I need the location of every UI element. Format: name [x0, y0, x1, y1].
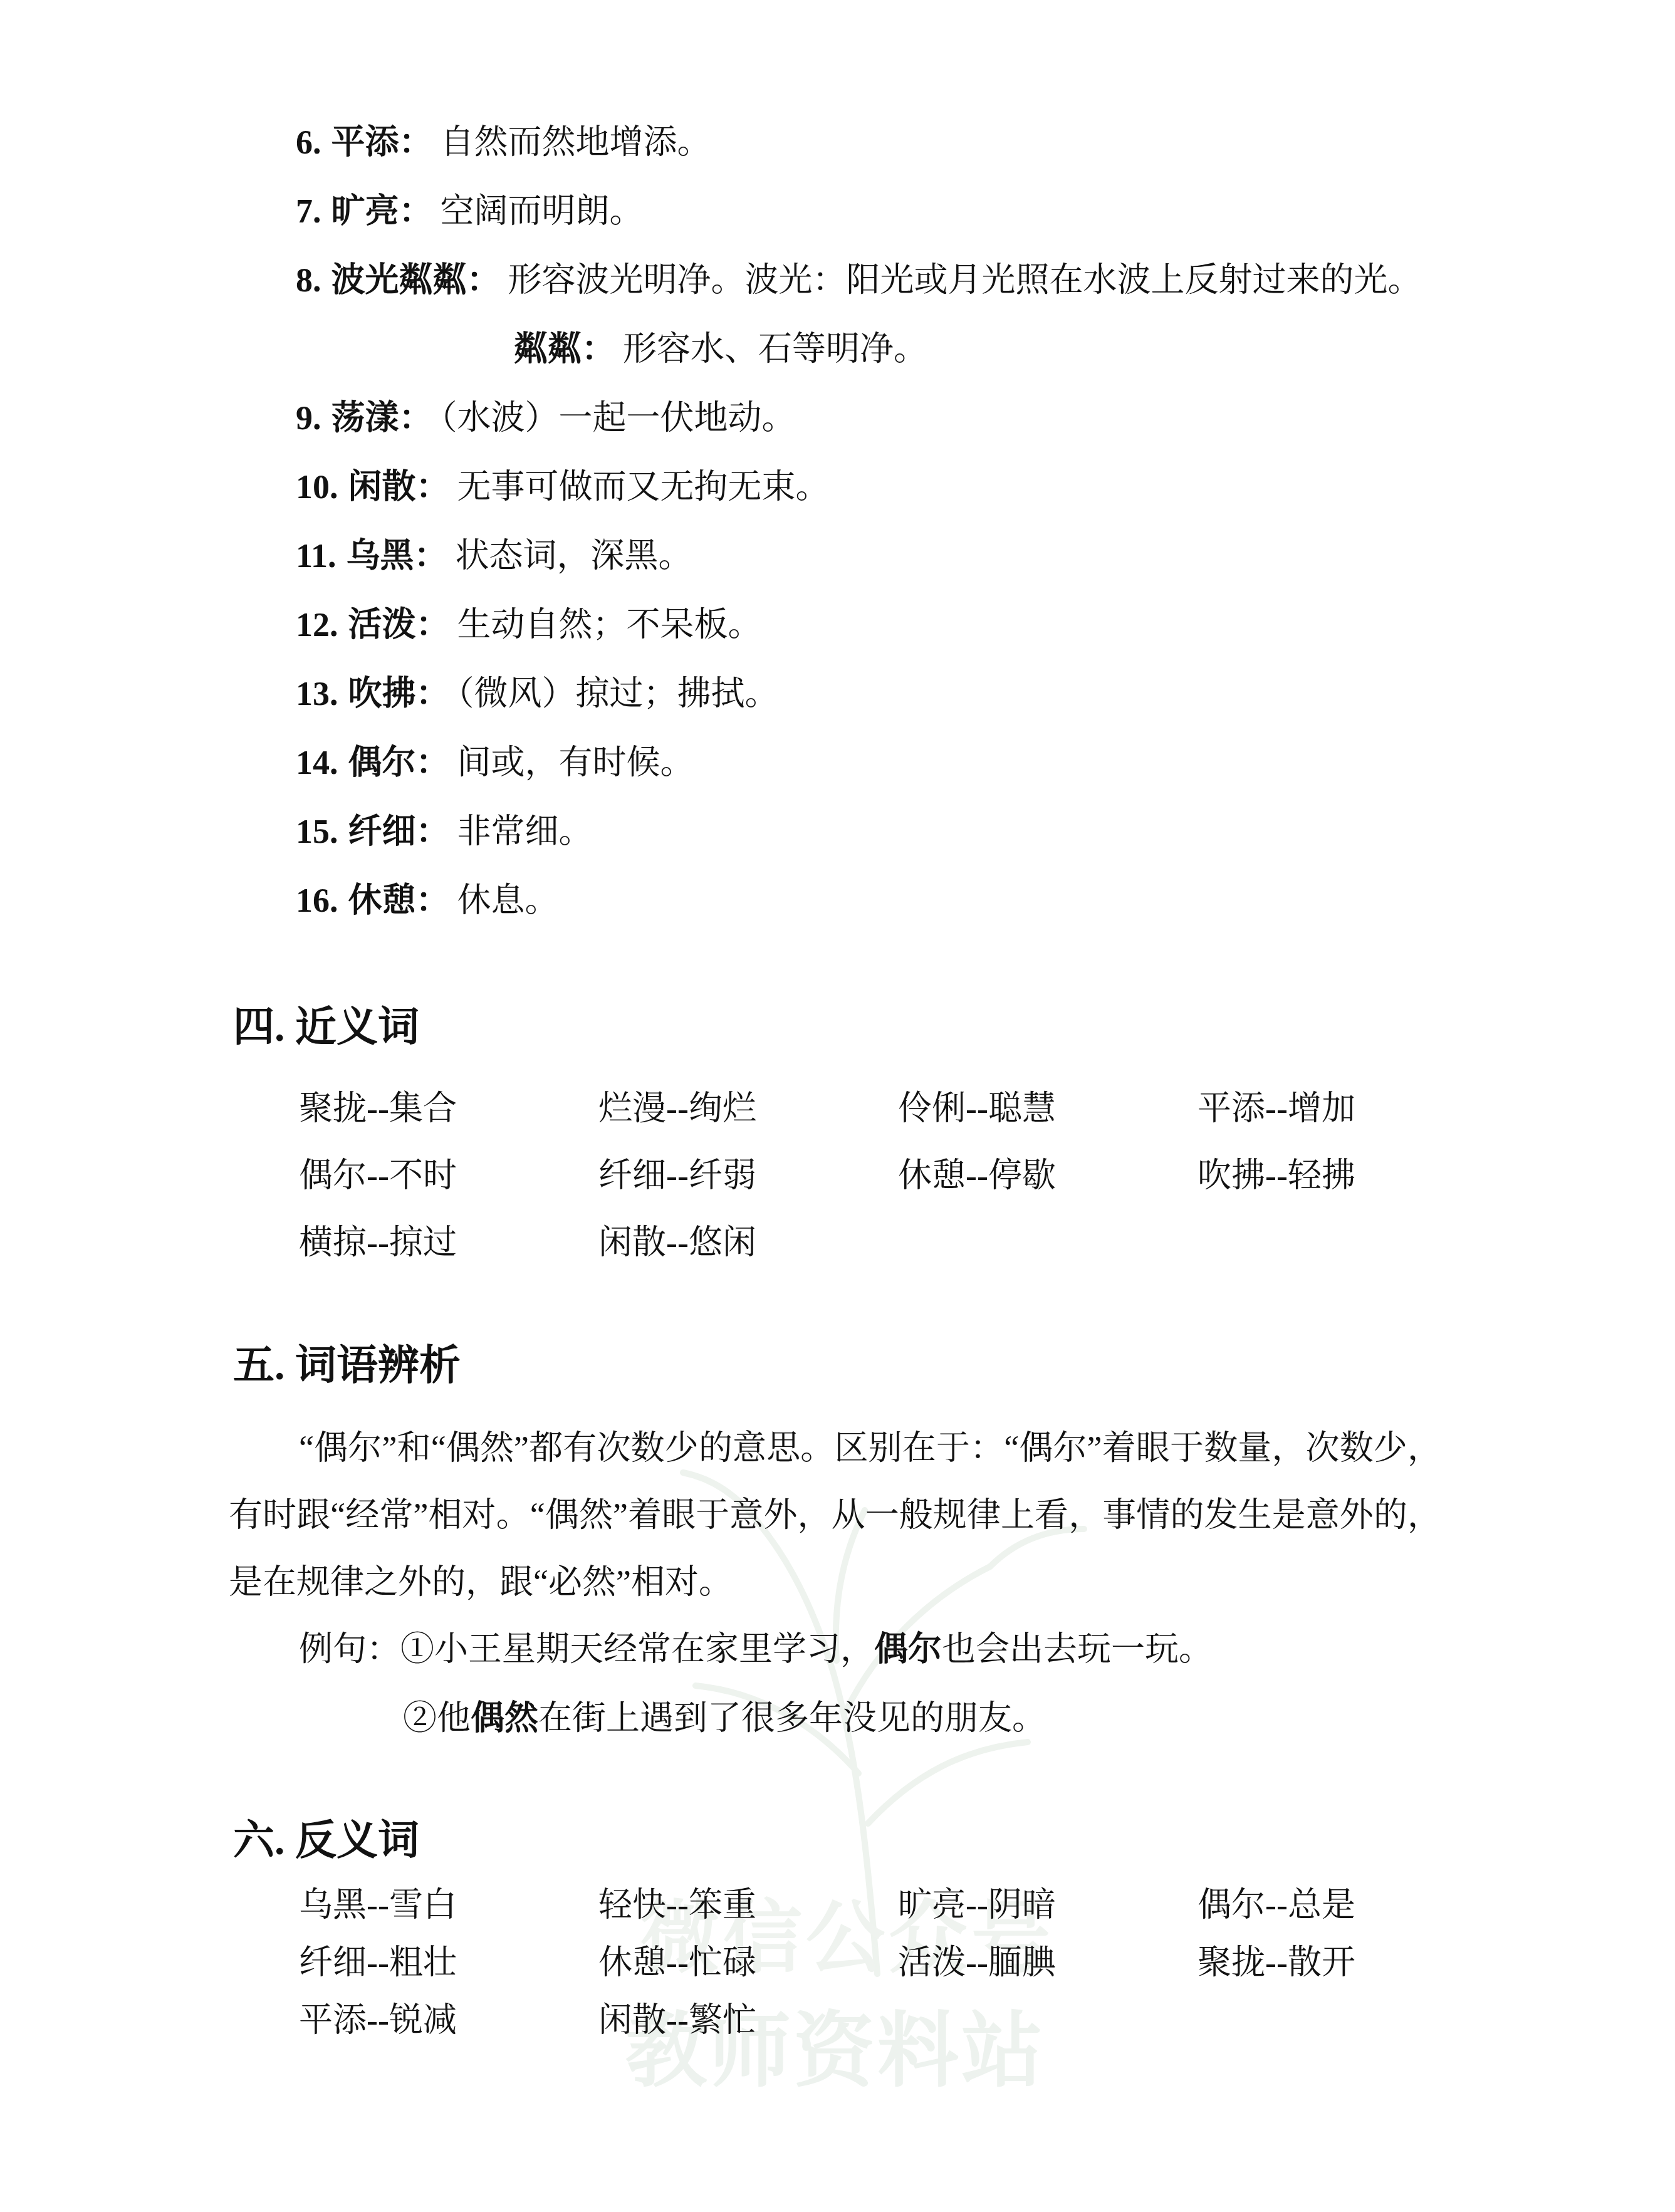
- antonyms-row: 乌黑--雪白轻快--笨重旷亮--阴暗偶尔--总是: [299, 1876, 1497, 1934]
- synonym-pair: 平添--增加: [1198, 1075, 1497, 1142]
- antonym-pair: 活泼--腼腆: [898, 1934, 1198, 1991]
- definition-number: 12.: [296, 606, 338, 644]
- antonym-pair: 纤细--粗壮: [299, 1934, 598, 1991]
- definition-number: 14.: [296, 744, 338, 781]
- definition-number: 10.: [296, 468, 338, 506]
- definition-text: 生动自然；不呆板。: [457, 606, 762, 644]
- synonym-pair: 闲散--悠闲: [598, 1209, 898, 1276]
- example-2-keyword: 偶然: [471, 1699, 538, 1737]
- definition-item: 13.吹拂：（微风）掠过；拂拭。: [296, 659, 1422, 728]
- definition-item: 9.荡漾：（水波）一起一伏地动。: [296, 383, 1422, 452]
- synonym-pair: 烂漫--绚烂: [598, 1075, 898, 1142]
- antonyms-table: 乌黑--雪白轻快--笨重旷亮--阴暗偶尔--总是 纤细--粗壮休憩--忙碌活泼-…: [299, 1876, 1497, 2049]
- definition-term: 波光粼粼：: [331, 261, 501, 299]
- definition-number: 15.: [296, 813, 338, 850]
- antonym-pair: 聚拢--散开: [1198, 1934, 1497, 1991]
- definition-term: 休憩：: [348, 882, 450, 919]
- antonym-pair: 闲散--繁忙: [598, 1991, 898, 2049]
- definition-number: 7.: [296, 192, 321, 230]
- definition-term: 旷亮：: [331, 192, 433, 230]
- antonyms-row: 平添--锐减闲散--繁忙: [299, 1991, 1497, 2049]
- definition-item: 12.活泼：生动自然；不呆板。: [296, 590, 1422, 659]
- definition-item-continuation: 粼粼：形容水、石等明净。: [296, 315, 1422, 383]
- definition-text: 无事可做而又无拘无束。: [457, 468, 830, 506]
- definition-term: 纤细：: [348, 813, 450, 850]
- section-heading-synonyms: 四. 近义词: [233, 1003, 419, 1053]
- definition-text: 空阔而明朗。: [441, 192, 644, 230]
- definition-list: 6.平添：自然而然地增添。 7.旷亮：空阔而明朗。 8.波光粼粼：形容波光明净。…: [296, 108, 1422, 935]
- definition-term: 乌黑：: [347, 537, 448, 575]
- document-page: 微信公众号 教师资料站 6.平添：自然而然地增添。 7.旷亮：空阔而明朗。 8.…: [0, 0, 1675, 2212]
- example-2-text: ②他: [403, 1699, 471, 1737]
- example-1-text: ①小王星期天经常在家里学习，: [400, 1630, 874, 1668]
- definition-term: 平添：: [331, 123, 433, 161]
- antonym-pair: 偶尔--总是: [1198, 1876, 1497, 1934]
- definition-text: 间或，有时候。: [457, 744, 694, 781]
- antonyms-row: 纤细--粗壮休憩--忙碌活泼--腼腆聚拢--散开: [299, 1934, 1497, 1991]
- example-1-keyword: 偶尔: [874, 1630, 942, 1668]
- synonym-pair: 横掠--掠过: [299, 1209, 598, 1276]
- definition-item: 11.乌黑：状态词，深黑。: [296, 521, 1422, 590]
- example-sentences: 例句：①小王星期天经常在家里学习，偶尔也会出去玩一玩。 ②他偶然在街上遇到了很多…: [299, 1615, 1213, 1753]
- definition-item: 10.闲散：无事可做而又无拘无束。: [296, 452, 1422, 521]
- section-heading-analysis: 五. 词语辨析: [233, 1341, 461, 1391]
- example-2: ②他偶然在街上遇到了很多年没见的朋友。: [403, 1684, 1213, 1753]
- synonyms-row: 偶尔--不时纤细--纤弱休憩--停歇吹拂--轻拂: [299, 1142, 1497, 1209]
- definition-number: 16.: [296, 882, 338, 919]
- synonym-pair: 伶俐--聪慧: [898, 1075, 1198, 1142]
- definition-number: 6.: [296, 123, 321, 161]
- example-label: 例句：: [299, 1630, 400, 1668]
- antonym-pair: 休憩--忙碌: [598, 1934, 898, 1991]
- definition-text: （水波）一起一伏地动。: [441, 399, 796, 437]
- antonym-pair: 轻快--笨重: [598, 1876, 898, 1934]
- definition-item: 15.纤细：非常细。: [296, 797, 1422, 866]
- definition-term: 粼粼：: [514, 330, 615, 368]
- analysis-paragraph: “偶尔”和“偶然”都有次数少的意思。区别在于：“偶尔”着眼于数量，次数少，有时跟…: [229, 1415, 1441, 1616]
- antonym-pair: 旷亮--阴暗: [898, 1876, 1198, 1934]
- definition-term: 偶尔：: [348, 744, 450, 781]
- definition-text: 状态词，深黑。: [456, 537, 692, 575]
- definition-item: 16.休憩：休息。: [296, 866, 1422, 935]
- definition-text: 形容水、石等明净。: [623, 330, 927, 368]
- example-2-text-end: 在街上遇到了很多年没见的朋友。: [538, 1699, 1046, 1737]
- example-1-text-end: 也会出去玩一玩。: [942, 1630, 1213, 1668]
- synonyms-row: 横掠--掠过闲散--悠闲: [299, 1209, 1497, 1276]
- antonym-pair: 平添--锐减: [299, 1991, 598, 2049]
- definition-number: 11.: [296, 537, 337, 575]
- definition-item: 6.平添：自然而然地增添。: [296, 108, 1422, 177]
- definition-term: 活泼：: [348, 606, 450, 644]
- definition-text: 形容波光明净。波光：阳光或月光照在水波上反射过来的光。: [508, 261, 1422, 299]
- definition-item: 8.波光粼粼：形容波光明净。波光：阳光或月光照在水波上反射过来的光。: [296, 246, 1422, 315]
- definition-term: 闲散：: [348, 468, 450, 506]
- example-1: 例句：①小王星期天经常在家里学习，偶尔也会出去玩一玩。: [299, 1615, 1213, 1684]
- synonym-pair: 偶尔--不时: [299, 1142, 598, 1209]
- section-heading-antonyms: 六. 反义词: [233, 1816, 419, 1866]
- synonyms-row: 聚拢--集合烂漫--绚烂伶俐--聪慧平添--增加: [299, 1075, 1497, 1142]
- definition-item: 7.旷亮：空阔而明朗。: [296, 177, 1422, 246]
- definition-number: 8.: [296, 261, 321, 299]
- definition-term: 吹拂：: [348, 675, 450, 712]
- synonym-pair: 休憩--停歇: [898, 1142, 1198, 1209]
- definition-term: 荡漾：: [331, 399, 433, 437]
- definition-text: 非常细。: [457, 813, 593, 850]
- synonyms-table: 聚拢--集合烂漫--绚烂伶俐--聪慧平添--增加 偶尔--不时纤细--纤弱休憩-…: [299, 1075, 1497, 1276]
- synonym-pair: 纤细--纤弱: [598, 1142, 898, 1209]
- synonym-pair: 聚拢--集合: [299, 1075, 598, 1142]
- definition-item: 14.偶尔：间或，有时候。: [296, 728, 1422, 797]
- definition-text: 休息。: [457, 882, 559, 919]
- synonym-pair: 吹拂--轻拂: [1198, 1142, 1497, 1209]
- definition-text: （微风）掠过；拂拭。: [457, 675, 779, 712]
- definition-number: 13.: [296, 675, 338, 712]
- definition-number: 9.: [296, 399, 321, 437]
- definition-text: 自然而然地增添。: [441, 123, 711, 161]
- antonym-pair: 乌黑--雪白: [299, 1876, 598, 1934]
